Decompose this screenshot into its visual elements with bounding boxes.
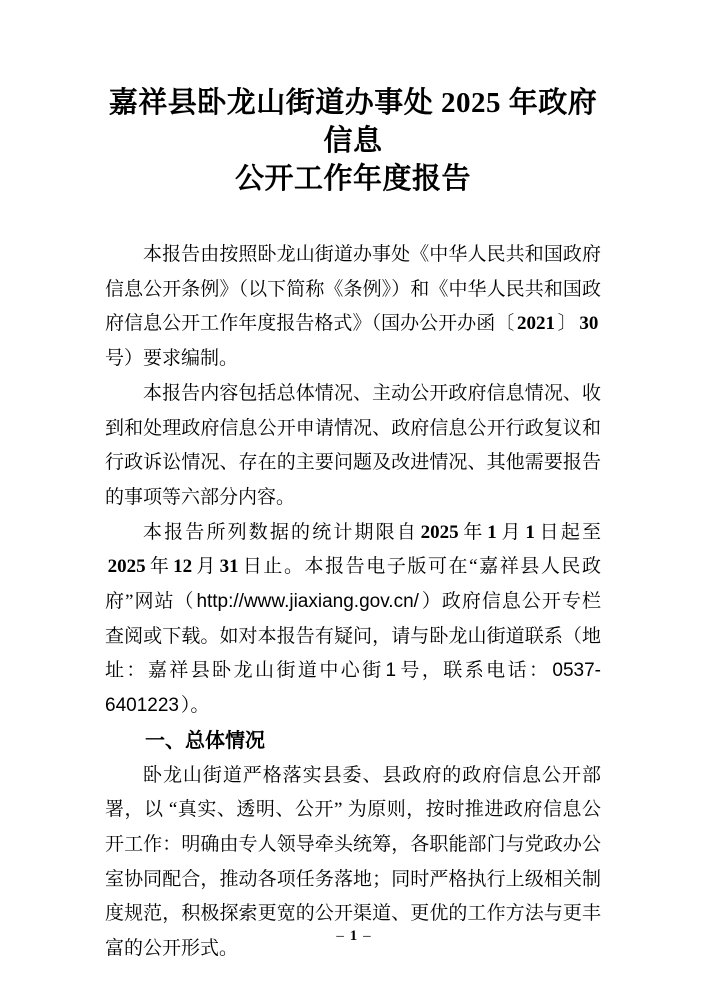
document-title: 嘉祥县卧龙山街道办事处 2025 年政府信息 公开工作年度报告 (105, 84, 601, 198)
section-heading-overall-situation: 一、总体情况 (105, 724, 601, 759)
paragraph-report-contents: 本报告内容包括总体情况、主动公开政府信息情况、收到和处理政府信息公开申请情况、政… (105, 377, 601, 516)
title-line-2: 公开工作年度报告 (235, 163, 471, 195)
paragraph-data-period-and-contact: 本报告所列数据的统计期限自2025年1月1日起至2025年12月31日止。本报告… (105, 516, 601, 724)
paragraph-report-basis: 本报告由按照卧龙山街道办事处《中华人民共和国政府信息公开条例》（以下简称《条例》… (105, 238, 601, 377)
document-page: 嘉祥县卧龙山街道办事处 2025 年政府信息 公开工作年度报告 本报告由按照卧龙… (0, 0, 707, 999)
page-number: – 1 – (336, 928, 370, 944)
page-footer: – 1 – (0, 926, 707, 946)
document-body: 本报告由按照卧龙山街道办事处《中华人民共和国政府信息公开条例》（以下简称《条例》… (105, 238, 601, 967)
title-line-1: 嘉祥县卧龙山街道办事处 2025 年政府信息 (109, 87, 598, 157)
